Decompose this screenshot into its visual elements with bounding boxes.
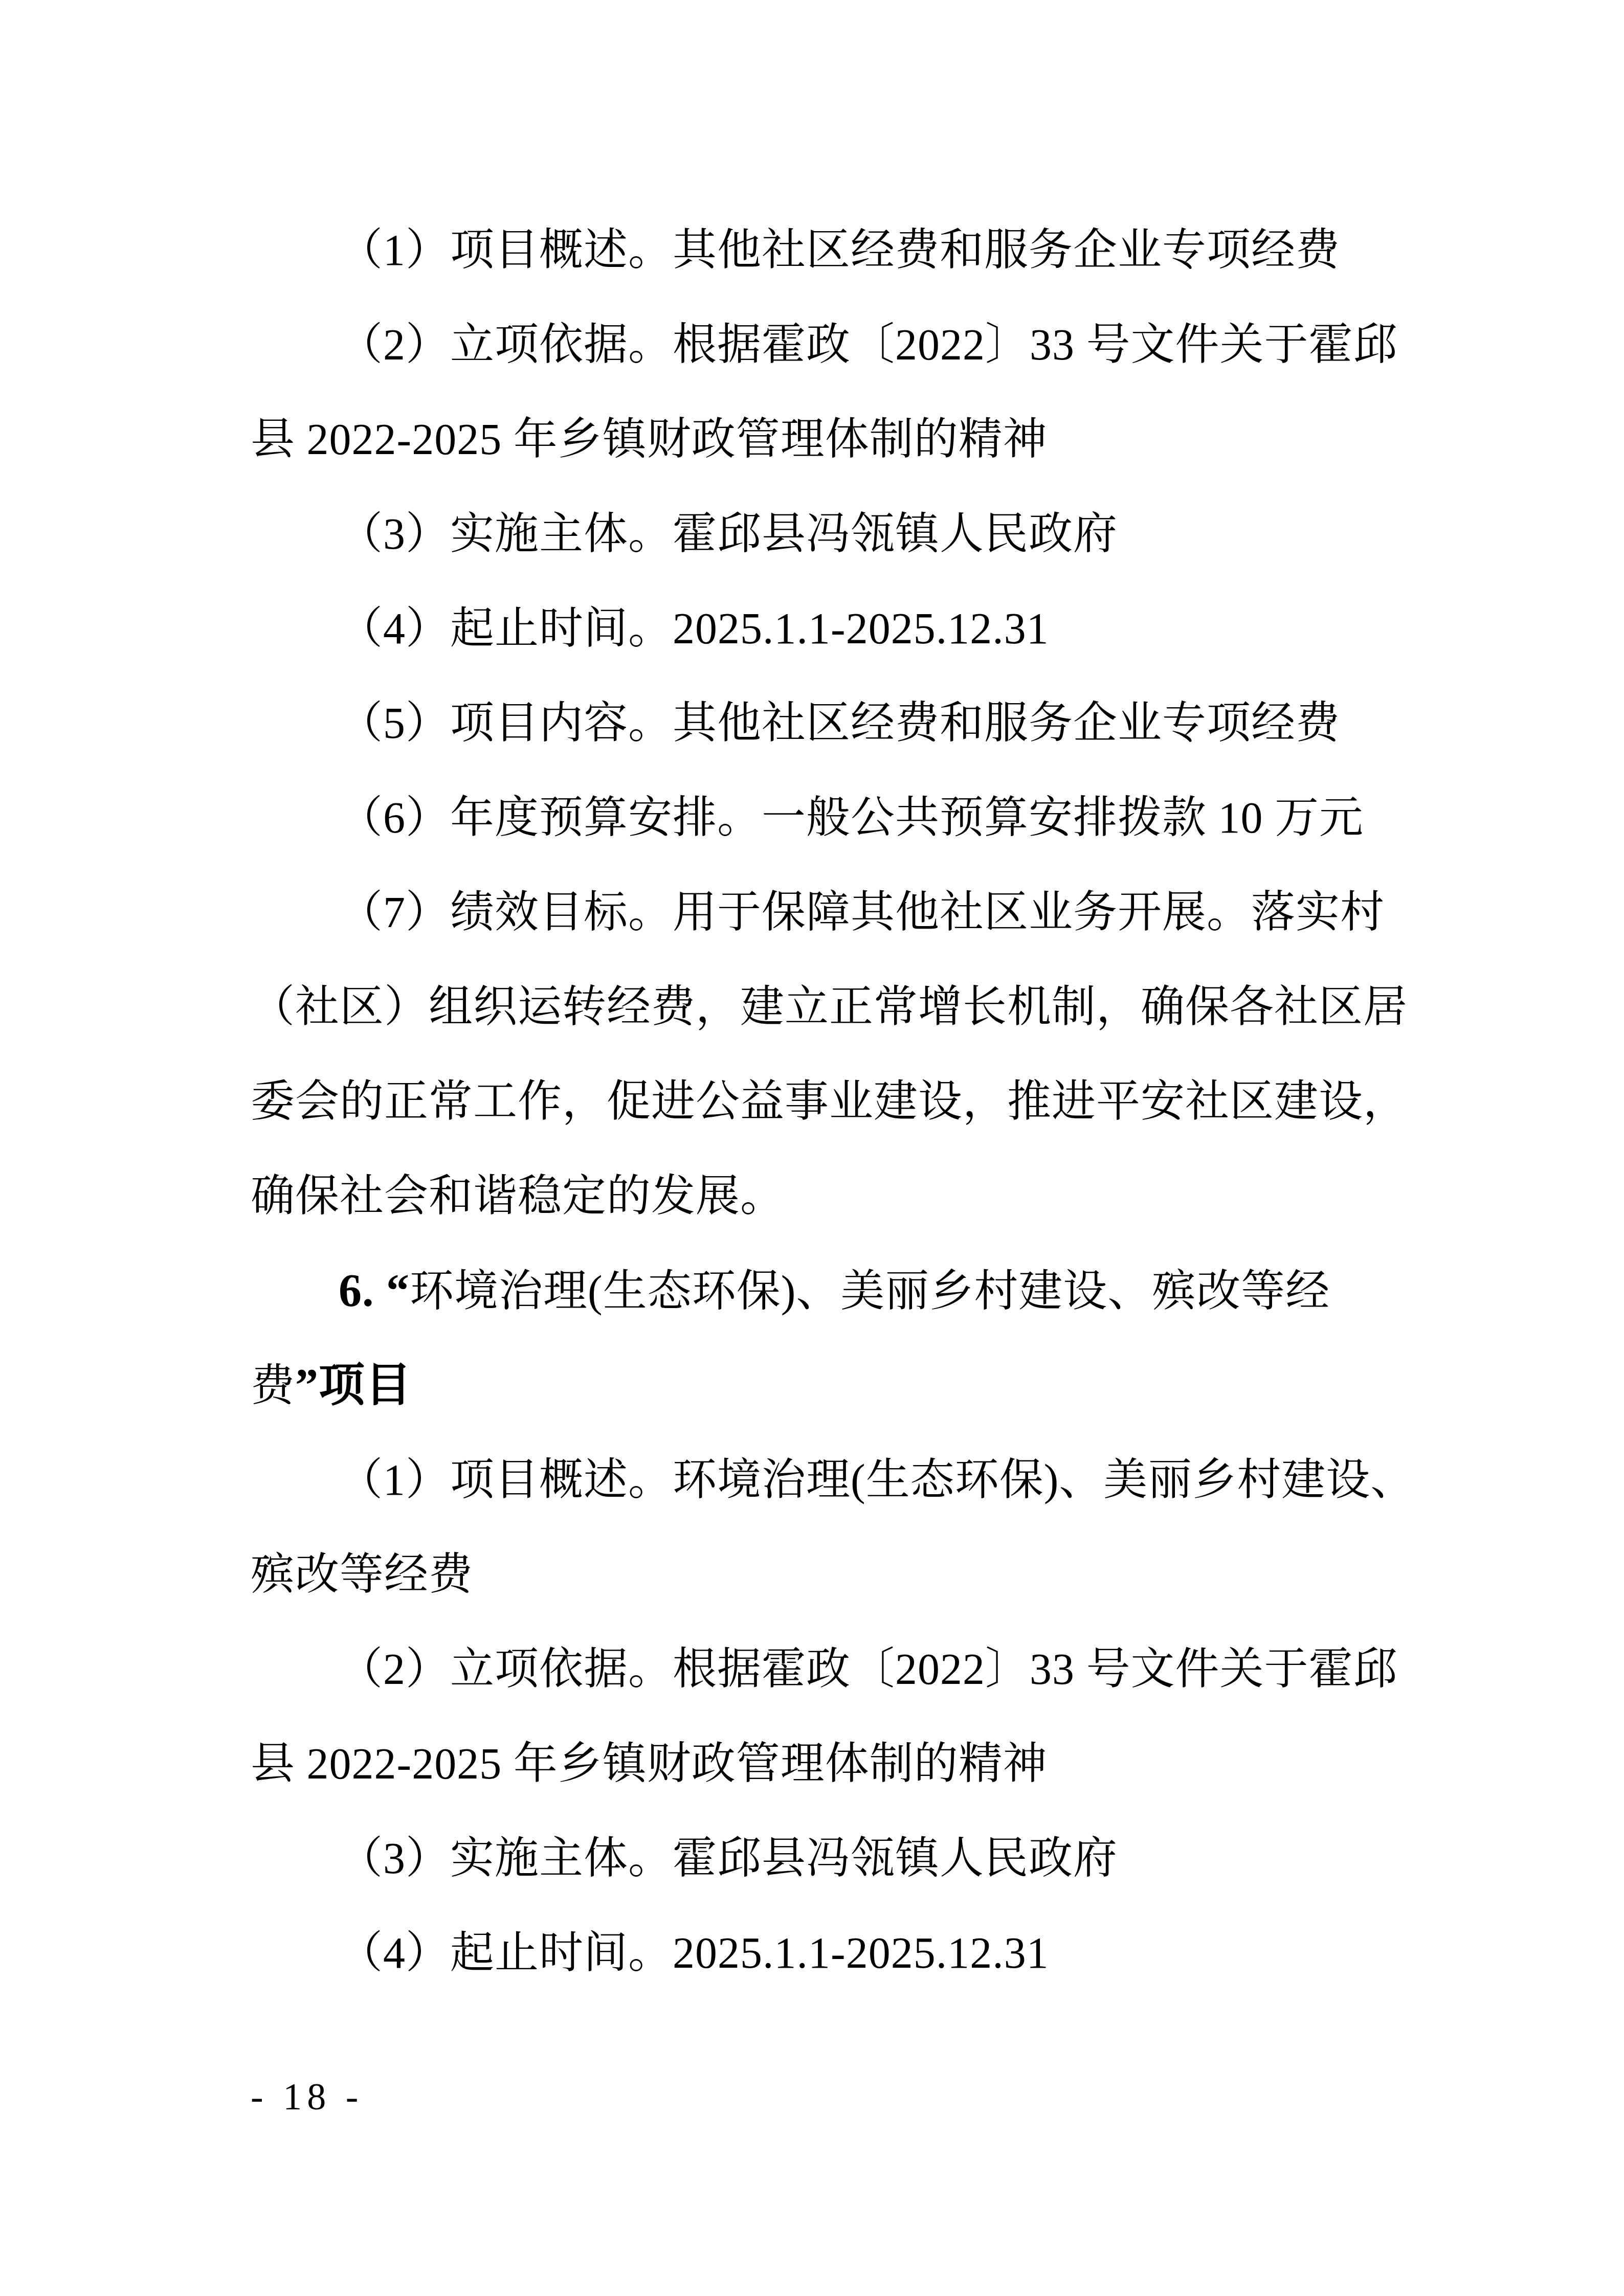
text-line: （7）绩效目标。用于保障其他社区业务开展。落实村 <box>251 865 1381 960</box>
text-line: （社区）组织运转经费，建立正常增长机制，确保各社区居 <box>251 960 1381 1054</box>
text-segment: （1）项目概述。其他社区经费和服务企业专项经费 <box>339 226 1340 275</box>
bold-text-segment: 6. “ <box>339 1266 410 1316</box>
text-line: （4）起止时间。2025.1.1-2025.12.31 <box>251 1906 1381 2000</box>
document-body: （1）项目概述。其他社区经费和服务企业专项经费（2）立项依据。根据霍政〔2022… <box>251 203 1381 2000</box>
text-line: （1）项目概述。其他社区经费和服务企业专项经费 <box>251 203 1381 298</box>
section-heading-line: 费”项目 <box>251 1338 1381 1433</box>
text-segment: （1）项目概述。环境治理(生态环保)、美丽乡村建设、 <box>339 1455 1415 1504</box>
text-segment: （2）立项依据。根据霍政〔2022〕33 号文件关于霍邱 <box>339 320 1398 369</box>
text-segment: 县 2022-2025 年乡镇财政管理体制的精神 <box>251 1739 1048 1788</box>
text-line: （3）实施主体。霍邱县冯瓴镇人民政府 <box>251 1811 1381 1906</box>
bold-text-segment: ”项目 <box>295 1360 412 1411</box>
text-line: 确保社会和谐稳定的发展。 <box>251 1149 1381 1244</box>
text-segment: （3）实施主体。霍邱县冯瓴镇人民政府 <box>339 509 1118 558</box>
text-line: （2）立项依据。根据霍政〔2022〕33 号文件关于霍邱 <box>251 298 1381 392</box>
text-segment: 殡改等经费 <box>251 1550 473 1599</box>
text-line: （2）立项依据。根据霍政〔2022〕33 号文件关于霍邱 <box>251 1622 1381 1717</box>
text-segment: （7）绩效目标。用于保障其他社区业务开展。落实村 <box>339 888 1385 937</box>
document-page: （1）项目概述。其他社区经费和服务企业专项经费（2）立项依据。根据霍政〔2022… <box>0 0 1624 2296</box>
text-line: （4）起止时间。2025.1.1-2025.12.31 <box>251 581 1381 676</box>
text-segment: （4）起止时间。2025.1.1-2025.12.31 <box>339 604 1049 653</box>
text-segment: （3）实施主体。霍邱县冯瓴镇人民政府 <box>339 1834 1118 1883</box>
text-segment: 确保社会和谐稳定的发展。 <box>251 1172 785 1221</box>
page-number: - 18 - <box>251 2069 363 2125</box>
text-line: 委会的正常工作，促进公益事业建设，推进平安社区建设， <box>251 1054 1381 1149</box>
text-line: 殡改等经费 <box>251 1527 1381 1622</box>
text-segment: （6）年度预算安排。一般公共预算安排拨款 10 万元 <box>339 793 1364 842</box>
text-segment: （5）项目内容。其他社区经费和服务企业专项经费 <box>339 699 1340 748</box>
text-segment: 县 2022-2025 年乡镇财政管理体制的精神 <box>251 415 1048 464</box>
text-line: （3）实施主体。霍邱县冯瓴镇人民政府 <box>251 487 1381 581</box>
text-line: 县 2022-2025 年乡镇财政管理体制的精神 <box>251 392 1381 487</box>
text-line: （5）项目内容。其他社区经费和服务企业专项经费 <box>251 676 1381 771</box>
text-segment: （社区）组织运转经费，建立正常增长机制，确保各社区居 <box>251 982 1408 1031</box>
text-line: （1）项目概述。环境治理(生态环保)、美丽乡村建设、 <box>251 1433 1381 1527</box>
text-line: （6）年度预算安排。一般公共预算安排拨款 10 万元 <box>251 771 1381 865</box>
text-segment: 费 <box>251 1361 295 1410</box>
section-heading-line: 6. “环境治理(生态环保)、美丽乡村建设、殡改等经 <box>251 1244 1381 1338</box>
text-line: 县 2022-2025 年乡镇财政管理体制的精神 <box>251 1717 1381 1811</box>
text-segment: （4）起止时间。2025.1.1-2025.12.31 <box>339 1928 1049 1977</box>
text-segment: 委会的正常工作，促进公益事业建设，推进平安社区建设， <box>251 1077 1408 1126</box>
text-segment: （2）立项依据。根据霍政〔2022〕33 号文件关于霍邱 <box>339 1645 1398 1694</box>
text-segment: 环境治理(生态环保)、美丽乡村建设、殡改等经 <box>410 1267 1330 1316</box>
